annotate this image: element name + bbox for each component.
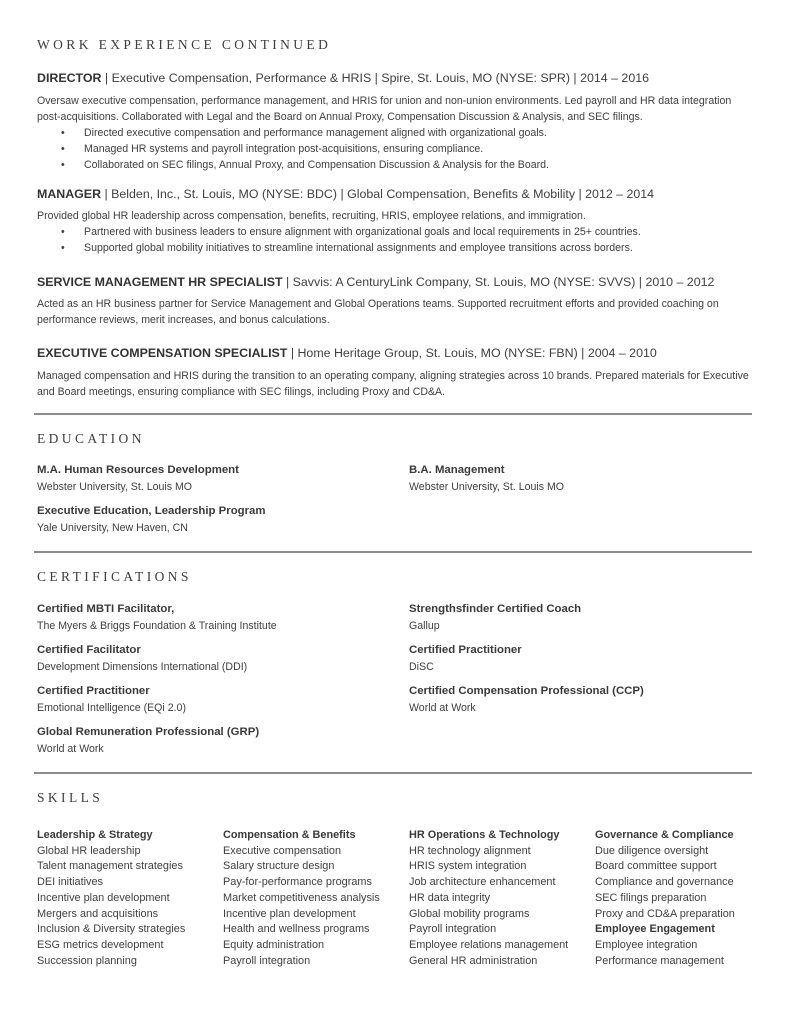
job-heading: EXECUTIVE COMPENSATION SPECIALIST | Home…	[37, 346, 657, 360]
skill-item: Incentive plan development	[223, 907, 380, 923]
education-school: Webster University, St. Louis MO	[409, 481, 564, 493]
skill-category: HR Operations & Technology	[409, 828, 568, 844]
skill-item: Equity administration	[223, 938, 380, 954]
skill-item: Inclusion & Diversity strategies	[37, 922, 185, 938]
skill-item: HRIS system integration	[409, 859, 568, 875]
job-bullets: •Directed executive compensation and per…	[37, 125, 755, 173]
skill-item: Pay-for-performance programs	[223, 875, 380, 891]
skill-item: Talent management strategies	[37, 859, 185, 875]
bullet-item: •Partnered with business leaders to ensu…	[37, 224, 755, 240]
section-divider	[34, 551, 752, 553]
certification-name: Global Remuneration Professional (GRP)	[37, 726, 259, 738]
skill-item: Performance management	[595, 954, 735, 970]
section-divider	[34, 772, 752, 774]
bullet-text: Collaborated on SEC filings, Annual Prox…	[84, 159, 549, 171]
bullet-icon: •	[61, 125, 65, 141]
skill-item: Proxy and CD&A preparation	[595, 907, 735, 923]
certification-name: Certified Compensation Professional (CCP…	[409, 685, 644, 697]
skill-item: Market competitiveness analysis	[223, 891, 380, 907]
education-school: Webster University, St. Louis MO	[37, 481, 192, 493]
job-role: MANAGER	[37, 187, 101, 201]
skill-category: Governance & Compliance	[595, 828, 735, 844]
certification-issuer: DiSC	[409, 661, 434, 673]
job-summary: Provided global HR leadership across com…	[37, 208, 755, 224]
skill-item: Employee relations management	[409, 938, 568, 954]
education-degree: Executive Education, Leadership Program	[37, 505, 266, 517]
certification-issuer: World at Work	[409, 702, 476, 714]
section-title-education: EDUCATION	[37, 431, 145, 447]
skill-item: Compliance and governance	[595, 875, 735, 891]
skill-item: Executive compensation	[223, 844, 380, 860]
bullet-item: •Supported global mobility initiatives t…	[37, 240, 755, 256]
skill-item: Payroll integration	[223, 954, 380, 970]
skill-item: Global HR leadership	[37, 844, 185, 860]
skill-item: SEC filings preparation	[595, 891, 735, 907]
certification-issuer: Emotional Intelligence (EQi 2.0)	[37, 702, 186, 714]
job-summary: Oversaw executive compensation, performa…	[37, 93, 755, 125]
job-heading: SERVICE MANAGEMENT HR SPECIALIST | Savvi…	[37, 275, 714, 289]
skill-category: Employee Engagement	[595, 922, 735, 938]
skill-item: Board committee support	[595, 859, 735, 875]
skills-column: Leadership & Strategy Global HR leadersh…	[37, 828, 185, 969]
bullet-icon: •	[61, 141, 65, 157]
skill-category: Compensation & Benefits	[223, 828, 380, 844]
bullet-item: •Managed HR systems and payroll integrat…	[37, 141, 755, 157]
certification-name: Certified Practitioner	[409, 644, 522, 656]
skill-item: Global mobility programs	[409, 907, 568, 923]
skill-item: Job architecture enhancement	[409, 875, 568, 891]
job-heading: DIRECTOR | Executive Compensation, Perfo…	[37, 71, 649, 85]
skill-item: Salary structure design	[223, 859, 380, 875]
section-title-skills: SKILLS	[37, 790, 103, 806]
certification-issuer: World at Work	[37, 743, 104, 755]
education-degree: M.A. Human Resources Development	[37, 464, 239, 476]
skills-column: HR Operations & Technology HR technology…	[409, 828, 568, 969]
bullet-text: Supported global mobility initiatives to…	[84, 242, 633, 254]
skill-category: Leadership & Strategy	[37, 828, 185, 844]
skill-item: Due diligence oversight	[595, 844, 735, 860]
education-school: Yale University, New Haven, CN	[37, 522, 188, 534]
section-title-work-experience: WORK EXPERIENCE CONTINUED	[37, 37, 331, 53]
job-details: | Executive Compensation, Performance & …	[101, 71, 649, 85]
section-divider	[34, 413, 752, 415]
job-role: EXECUTIVE COMPENSATION SPECIALIST	[37, 346, 287, 360]
bullet-icon: •	[61, 224, 65, 240]
skill-item: General HR administration	[409, 954, 568, 970]
bullet-icon: •	[61, 240, 65, 256]
job-summary: Acted as an HR business partner for Serv…	[37, 296, 755, 328]
job-details: | Savvis: A CenturyLink Company, St. Lou…	[283, 275, 715, 289]
certification-name: Certified MBTI Facilitator,	[37, 603, 174, 615]
job-role: SERVICE MANAGEMENT HR SPECIALIST	[37, 275, 283, 289]
job-role: DIRECTOR	[37, 71, 101, 85]
skill-item: Employee integration	[595, 938, 735, 954]
skill-item: HR data integrity	[409, 891, 568, 907]
job-bullets: •Partnered with business leaders to ensu…	[37, 224, 755, 256]
bullet-text: Managed HR systems and payroll integrati…	[84, 143, 483, 155]
bullet-item: •Collaborated on SEC filings, Annual Pro…	[37, 157, 755, 173]
skill-item: Payroll integration	[409, 922, 568, 938]
certification-name: Certified Facilitator	[37, 644, 141, 656]
section-title-certifications: CERTIFICATIONS	[37, 569, 192, 585]
job-summary: Managed compensation and HRIS during the…	[37, 368, 755, 400]
bullet-text: Directed executive compensation and perf…	[84, 127, 547, 139]
education-degree: B.A. Management	[409, 464, 505, 476]
skill-item: Succession planning	[37, 954, 185, 970]
skills-column: Governance & Compliance Due diligence ov…	[595, 828, 735, 969]
skill-item: Incentive plan development	[37, 891, 185, 907]
certification-name: Strengthsfinder Certified Coach	[409, 603, 581, 615]
skills-column: Compensation & Benefits Executive compen…	[223, 828, 380, 969]
certification-name: Certified Practitioner	[37, 685, 150, 697]
certification-issuer: The Myers & Briggs Foundation & Training…	[37, 620, 277, 632]
bullet-item: •Directed executive compensation and per…	[37, 125, 755, 141]
certification-issuer: Gallup	[409, 620, 440, 632]
certification-issuer: Development Dimensions International (DD…	[37, 661, 247, 673]
skill-item: DEI initiatives	[37, 875, 185, 891]
skill-item: ESG metrics development	[37, 938, 185, 954]
bullet-icon: •	[61, 157, 65, 173]
skill-item: Mergers and acquisitions	[37, 907, 185, 923]
job-heading: MANAGER | Belden, Inc., St. Louis, MO (N…	[37, 187, 654, 201]
skill-item: Health and wellness programs	[223, 922, 380, 938]
skill-item: HR technology alignment	[409, 844, 568, 860]
job-details: | Belden, Inc., St. Louis, MO (NYSE: BDC…	[101, 187, 654, 201]
bullet-text: Partnered with business leaders to ensur…	[84, 226, 641, 238]
job-details: | Home Heritage Group, St. Louis, MO (NY…	[287, 346, 656, 360]
